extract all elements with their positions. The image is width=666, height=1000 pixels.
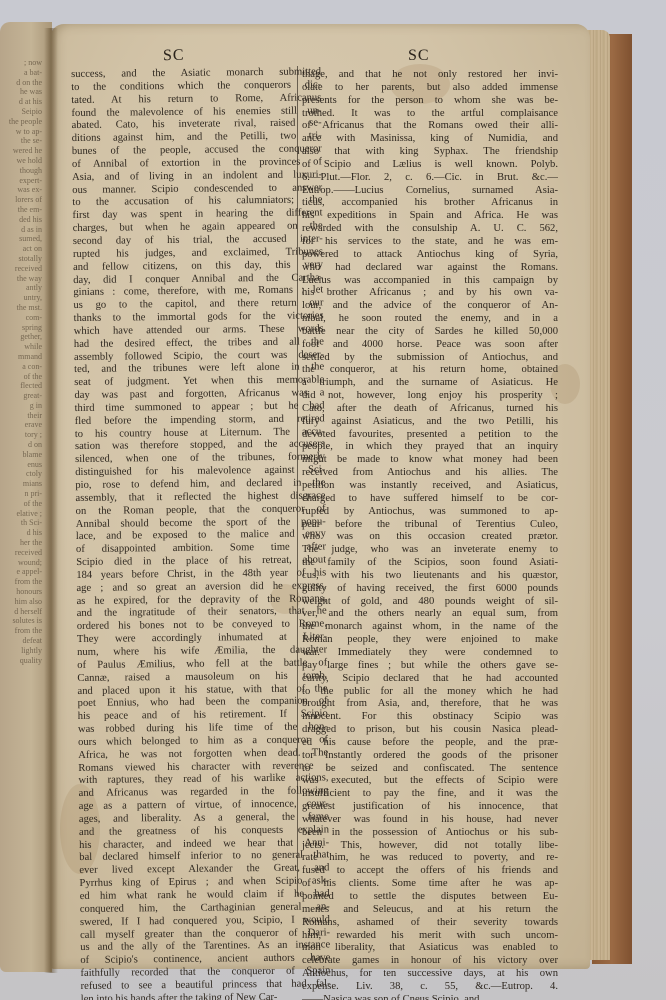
running-head-left: SC xyxy=(163,47,185,66)
text-line: fused to accept the offers of his friend… xyxy=(302,865,558,878)
text-line: of Africanus that the Romans owed their … xyxy=(302,120,558,133)
text-line: Eutrop.——Lucius Cornelius, surnamed Asia… xyxy=(302,185,558,198)
text-line: battle near the city of Sardes he killed… xyxy=(302,326,558,339)
text-line: his expeditions in Spain and Africa. He … xyxy=(302,210,558,223)
text-line: 6.—Plut.—Flor. 2, c. 6.—Cic. in Brut. &c… xyxy=(302,172,558,185)
text-line: the family of the Scipios, soon found As… xyxy=(302,557,558,570)
text-line: petition was instantly received, and Asi… xyxy=(302,480,558,493)
text-line: mon liberality, that Asiaticus was enabl… xyxy=(302,942,558,955)
text-line: Roman people, they were enjoined to make xyxy=(302,634,558,647)
text-line: jects. This, however, did not totally li… xyxy=(302,840,558,853)
text-line: foot and 4000 horse. Peace was soon afte… xyxy=(302,339,558,352)
text-line: ed his cause before the people, and the … xyxy=(302,737,558,750)
text-line: ance with Masinissa, king of Numidia, an… xyxy=(302,133,558,146)
text-line: who was on this occasion created prætor. xyxy=(302,531,558,544)
text-line: dragged to prison, but his cousin Nasica… xyxy=(302,724,558,737)
text-line: did not, however, long enjoy his prosper… xyxy=(302,390,558,403)
running-head-right: SC xyxy=(408,47,430,65)
text-line: menes and Seleucus, and at his return th… xyxy=(302,904,558,917)
text-line: of his clients. Some time after he was a… xyxy=(302,878,558,891)
text-line: lour, and the advice of the conqueror of… xyxy=(302,300,558,313)
text-line: a triumph, and the surname of Asiaticus.… xyxy=(302,377,558,390)
text-line: people, in which they prayed that an inq… xyxy=(302,441,558,454)
book-gutter xyxy=(44,28,58,973)
text-line: nibal, he soon routed the enemy, and in … xyxy=(302,313,558,326)
text-line: fury against Asiaticus, and the two Peti… xyxy=(302,416,558,429)
text-line: trothed. It was to the artful complaisan… xyxy=(302,108,558,121)
text-line: settled by the submission of Antiochus, … xyxy=(302,352,558,365)
text-line: ver, and the others nearly an equal sum,… xyxy=(302,608,558,621)
text-line: ——Nasica was son of Cneus Scipio, and xyxy=(302,994,558,1000)
text-line: brought from Asia, and, therefore, that … xyxy=(302,698,558,711)
text-line: pear before the tribunal of Terentius Cu… xyxy=(302,519,558,532)
text-line: insufficient to pay the fine, and it was… xyxy=(302,788,558,801)
text-line: whatever was found in his house, had nev… xyxy=(302,814,558,827)
text-line: innocent. For this obstinacy Scipio was xyxy=(302,711,558,724)
text-column-left: success, and the Asiatic monarch submitt… xyxy=(71,66,331,1000)
text-column-right: thage, and that he not only restored her… xyxy=(302,69,558,1000)
text-line: his brother Africanus ; and by his own v… xyxy=(302,287,558,300)
text-line: cus, with his two lieutenants and his qu… xyxy=(302,570,558,583)
text-line: rewarded with the consulship A. U. C. 56… xyxy=(302,223,558,236)
text-line: might be made to know what money had bee… xyxy=(302,454,558,467)
text-line: Romans, ashamed of their severity toward… xyxy=(302,917,558,930)
text-line: the monarch against whom, in the name of… xyxy=(302,621,558,634)
text-line: to be seized and confiscated. The senten… xyxy=(302,763,558,776)
text-line: been in the possession of Antiochus or h… xyxy=(302,827,558,840)
text-line: greatest justification of his innocence,… xyxy=(302,801,558,814)
text-line: guilty of having received, the first 600… xyxy=(302,583,558,596)
text-line: the conqueror, at his return home, obtai… xyxy=(302,364,558,377)
text-line: curity, Scipio declared that he had acco… xyxy=(302,673,558,686)
text-line: presents for the person to whom she was … xyxy=(302,95,558,108)
text-line: ticus, accompanied his brother Africanus… xyxy=(302,197,558,210)
text-line: devoted favourites, presented a petition… xyxy=(302,429,558,442)
text-line: thage, and that he not only restored her… xyxy=(302,69,558,82)
previous-page-text-fragments: ; now a bat- d on the he was d at his Se… xyxy=(0,58,42,665)
text-line: Lucius was accompanied in this campaign … xyxy=(302,275,558,288)
text-line: war. Immediately they were condemned to xyxy=(302,647,558,660)
text-line: Antiochus, for ten successive days, at h… xyxy=(302,968,558,981)
text-line: pointed to settle the disputes between E… xyxy=(302,891,558,904)
text-line: of Scipio and Lælius is well known. Poly… xyxy=(302,159,558,172)
text-line: rupted by Antiochus, was summoned to ap- xyxy=(302,506,558,519)
text-line: celebrate games in honour of his victory… xyxy=(302,955,558,968)
text-line: who had declared war against the Romans. xyxy=(302,262,558,275)
text-line: olate to her parents, but also added imm… xyxy=(302,82,558,95)
text-line: refused to see a beautiful princess that… xyxy=(81,978,331,993)
text-line: was executed, but the effects of Scipio … xyxy=(302,775,558,788)
text-line: to the public for all the money which he… xyxy=(302,686,558,699)
text-line: weight of gold, and 480 pounds weight of… xyxy=(302,596,558,609)
text-line: rate him, he was reduced to poverty, and… xyxy=(302,852,558,865)
text-line: Cato, after the death of Africanus, turn… xyxy=(302,403,558,416)
text-line: pay large fines ; but while the others g… xyxy=(302,660,558,673)
text-line: The judge, who was an inveterate enemy t… xyxy=(302,544,558,557)
text-line: charged to have suffered himself to be c… xyxy=(302,493,558,506)
text-line: expense. Liv. 38, c. 55, &c.—Eutrop. 4. xyxy=(302,981,558,994)
text-line: for his services to the state, and he wa… xyxy=(302,236,558,249)
text-line: powered to attack Antiochus king of Syri… xyxy=(302,249,558,262)
text-line: received from Antiochus and his allies. … xyxy=(302,467,558,480)
text-line: also that with king Syphax. The friendsh… xyxy=(302,146,558,159)
text-line: him, rewarded his merit with such uncom- xyxy=(302,930,558,943)
text-line: tor instantly ordered the goods of the p… xyxy=(302,750,558,763)
